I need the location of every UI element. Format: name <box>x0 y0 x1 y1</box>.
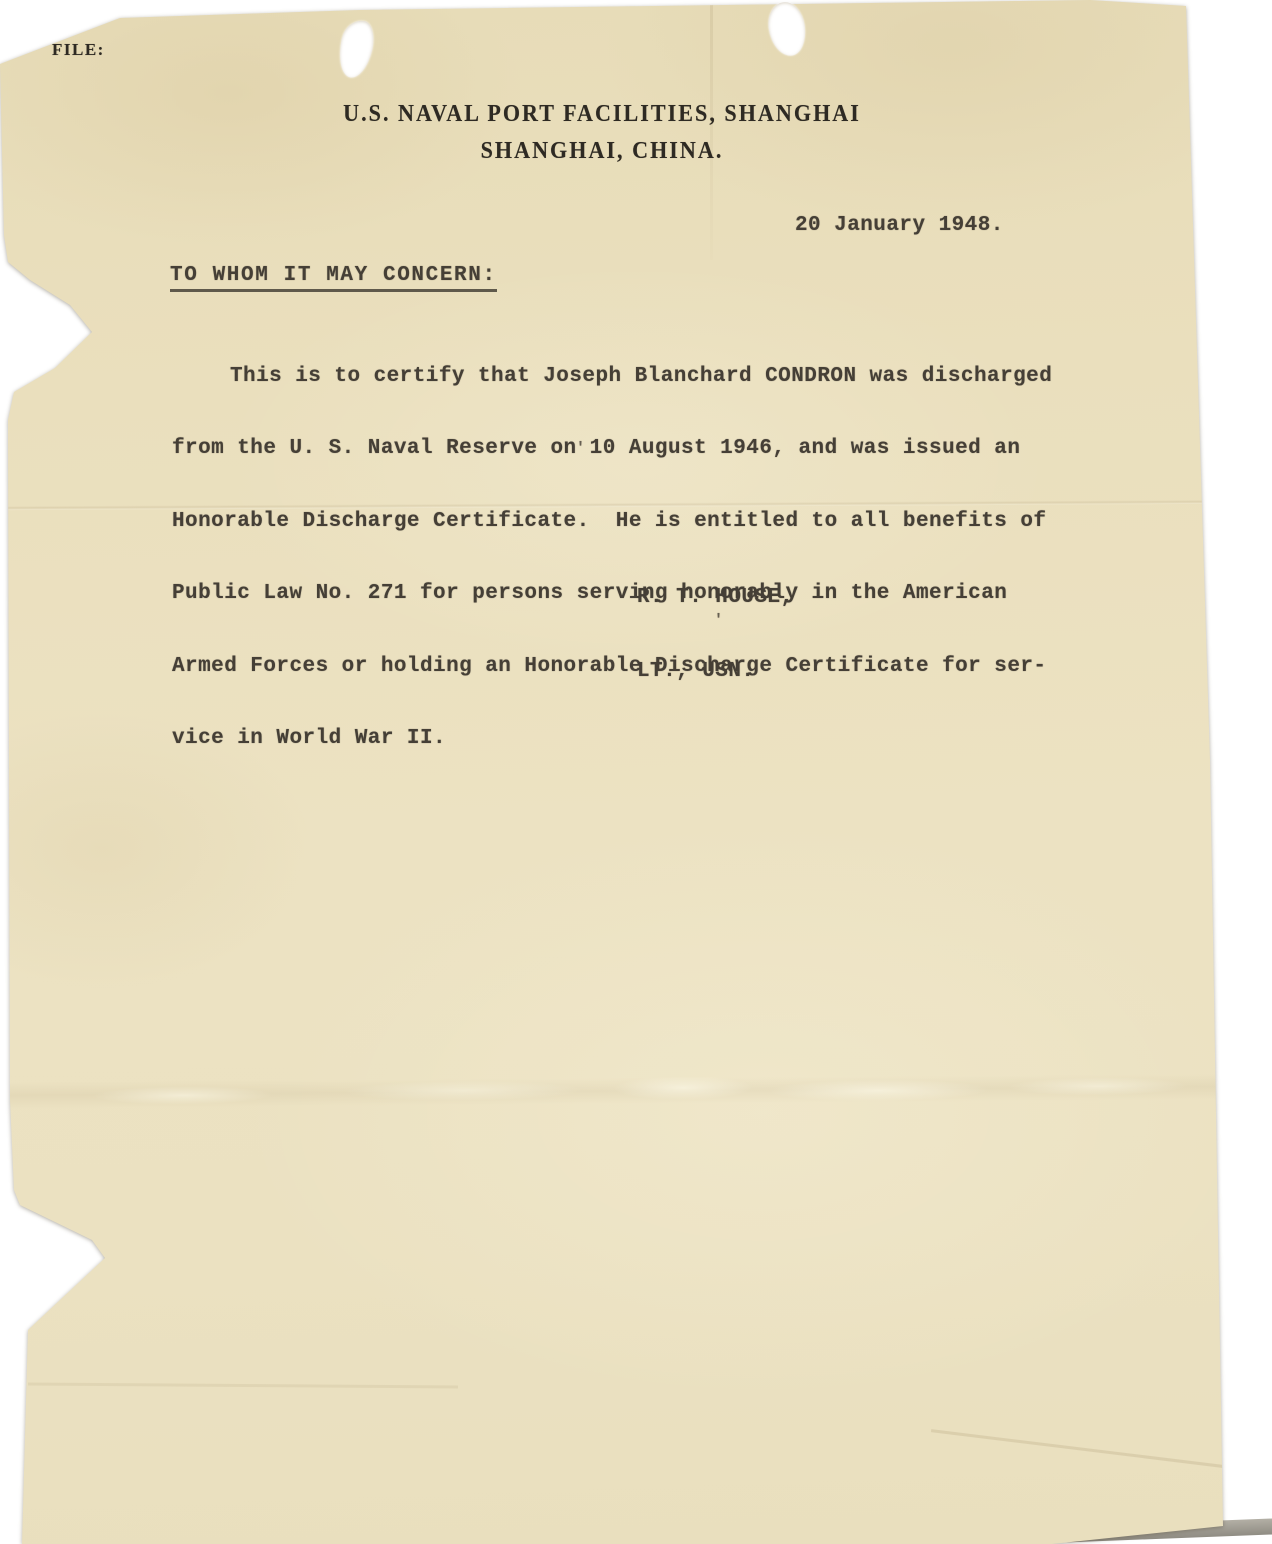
letterhead-line-1: U.S. NAVAL PORT FACILITIES, SHANGHAI <box>48 96 1156 133</box>
fold-crease-bottom-left <box>28 1382 458 1388</box>
letter-paper: FILE: U.S. NAVAL PORT FACILITIES, SHANGH… <box>0 0 1272 1544</box>
letterhead: U.S. NAVAL PORT FACILITIES, SHANGHAI SHA… <box>48 96 1156 170</box>
signature-name: R. T. HOUSE, <box>637 584 794 612</box>
fold-crease-bottom-right <box>931 1429 1239 1470</box>
body-paragraph: This is to certify that Joseph Blanchard… <box>172 318 1072 798</box>
salutation: TO WHOM IT MAY CONCERN: <box>170 264 497 292</box>
stray-ink-mark: ' <box>714 612 723 629</box>
date-line: 20 January 1948. <box>795 214 1004 237</box>
scanned-letter: FILE: U.S. NAVAL PORT FACILITIES, SHANGH… <box>0 0 1272 1544</box>
body-line: Public Law No. 271 for persons serving h… <box>172 581 1072 607</box>
fold-crease-horizontal-lower <box>0 1074 1220 1109</box>
signature-rank: LT., USN. <box>637 658 794 686</box>
paper-wrap: FILE: U.S. NAVAL PORT FACILITIES, SHANGH… <box>0 0 1272 1544</box>
stray-ink-mark: ' <box>576 440 585 457</box>
body-line: vice in World War II. <box>172 726 1072 752</box>
file-label: FILE: <box>52 40 105 60</box>
body-line: This is to certify that Joseph Blanchard… <box>172 364 1072 390</box>
signature-block: R. T. HOUSE, LT., USN. <box>637 538 794 731</box>
body-line: Armed Forces or holding an Honorable Dis… <box>172 654 1072 680</box>
body-line: from the U. S. Naval Reserve on 10 Augus… <box>172 436 1072 462</box>
letterhead-line-2: SHANGHAI, CHINA. <box>48 133 1156 170</box>
body-line: Honorable Discharge Certificate. He is e… <box>172 509 1072 535</box>
